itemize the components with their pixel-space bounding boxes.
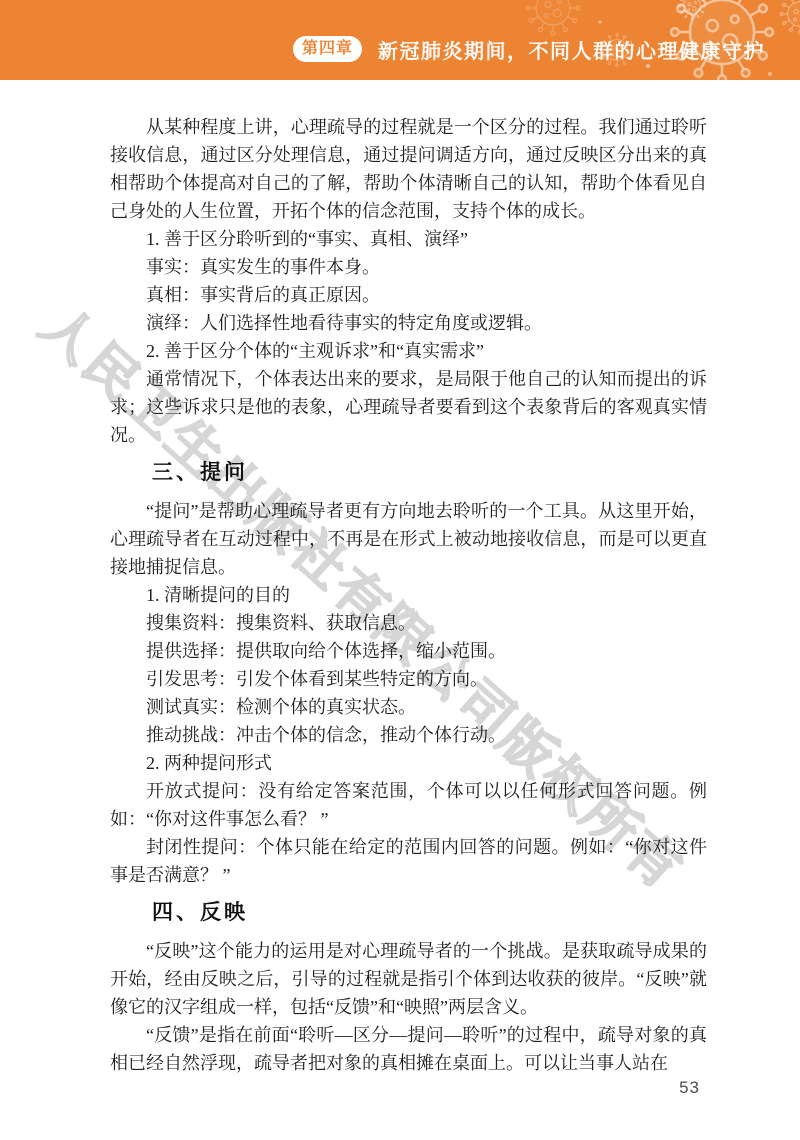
paragraph: 搜集资料：搜集资料、获取信息。	[110, 609, 707, 637]
paragraph: 1. 清晰提问的目的	[110, 581, 707, 609]
chapter-header-row: 第四章 新冠肺炎期间，不同人群的心理健康守护	[293, 35, 765, 63]
paragraph: 封闭性提问：个体只能在给定的范围内回答的问题。例如：“你对这件事是否满意？ ”	[110, 833, 707, 889]
book-page: 第四章 新冠肺炎期间，不同人群的心理健康守护 人民卫生出版社有限公司版权所有 从…	[0, 0, 800, 1140]
paragraph: 开放式提问：没有给定答案范围，个体可以以任何形式回答问题。例如：“你对这件事怎么…	[110, 777, 707, 833]
page-number: 53	[679, 1078, 700, 1098]
chapter-number-badge: 第四章	[293, 36, 362, 62]
paragraph: 2. 两种提问形式	[110, 749, 707, 777]
paragraph: 演绎：人们选择性地看待事实的特定角度或逻辑。	[110, 309, 707, 337]
paragraph: 2. 善于区分个体的“主观诉求”和“真实需求”	[110, 337, 707, 365]
paragraph: 推动挑战：冲击个体的信念，推动个体行动。	[110, 721, 707, 749]
paragraph: 提供选择：提供取向给个体选择，缩小范围。	[110, 637, 707, 665]
paragraph: 事实：真实发生的事件本身。	[110, 253, 707, 281]
paragraph: 从某种程度上讲，心理疏导的过程就是一个区分的过程。我们通过聆听接收信息，通过区分…	[110, 113, 707, 225]
paragraph: “反馈”是指在前面“聆听—区分—提问—聆听”的过程中，疏导对象的真相已经自然浮现…	[110, 1021, 707, 1077]
paragraph: 引发思考：引发个体看到某些特定的方向。	[110, 665, 707, 693]
paragraph: “提问”是帮助心理疏导者更有方向地去聆听的一个工具。从这里开始，心理疏导者在互动…	[110, 497, 707, 581]
section-heading: 四、反映	[110, 899, 707, 927]
chapter-header-bar: 第四章 新冠肺炎期间，不同人群的心理健康守护	[0, 0, 800, 80]
paragraph: 真相：事实背后的真正原因。	[110, 281, 707, 309]
paragraph: 1. 善于区分聆听到的“事实、真相、演绎”	[110, 225, 707, 253]
paragraph: “反映”这个能力的运用是对心理疏导者的一个挑战。是获取疏导成果的开始，经由反映之…	[110, 937, 707, 1021]
section-heading: 三、提问	[110, 459, 707, 487]
chapter-title: 新冠肺炎期间，不同人群的心理健康守护	[378, 35, 765, 64]
paragraph: 通常情况下，个体表达出来的要求，是局限于他自己的认知而提出的诉求；这些诉求只是他…	[110, 365, 707, 449]
text-flow: 从某种程度上讲，心理疏导的过程就是一个区分的过程。我们通过聆听接收信息，通过区分…	[0, 80, 800, 1077]
paragraph: 测试真实：检测个体的真实状态。	[110, 693, 707, 721]
